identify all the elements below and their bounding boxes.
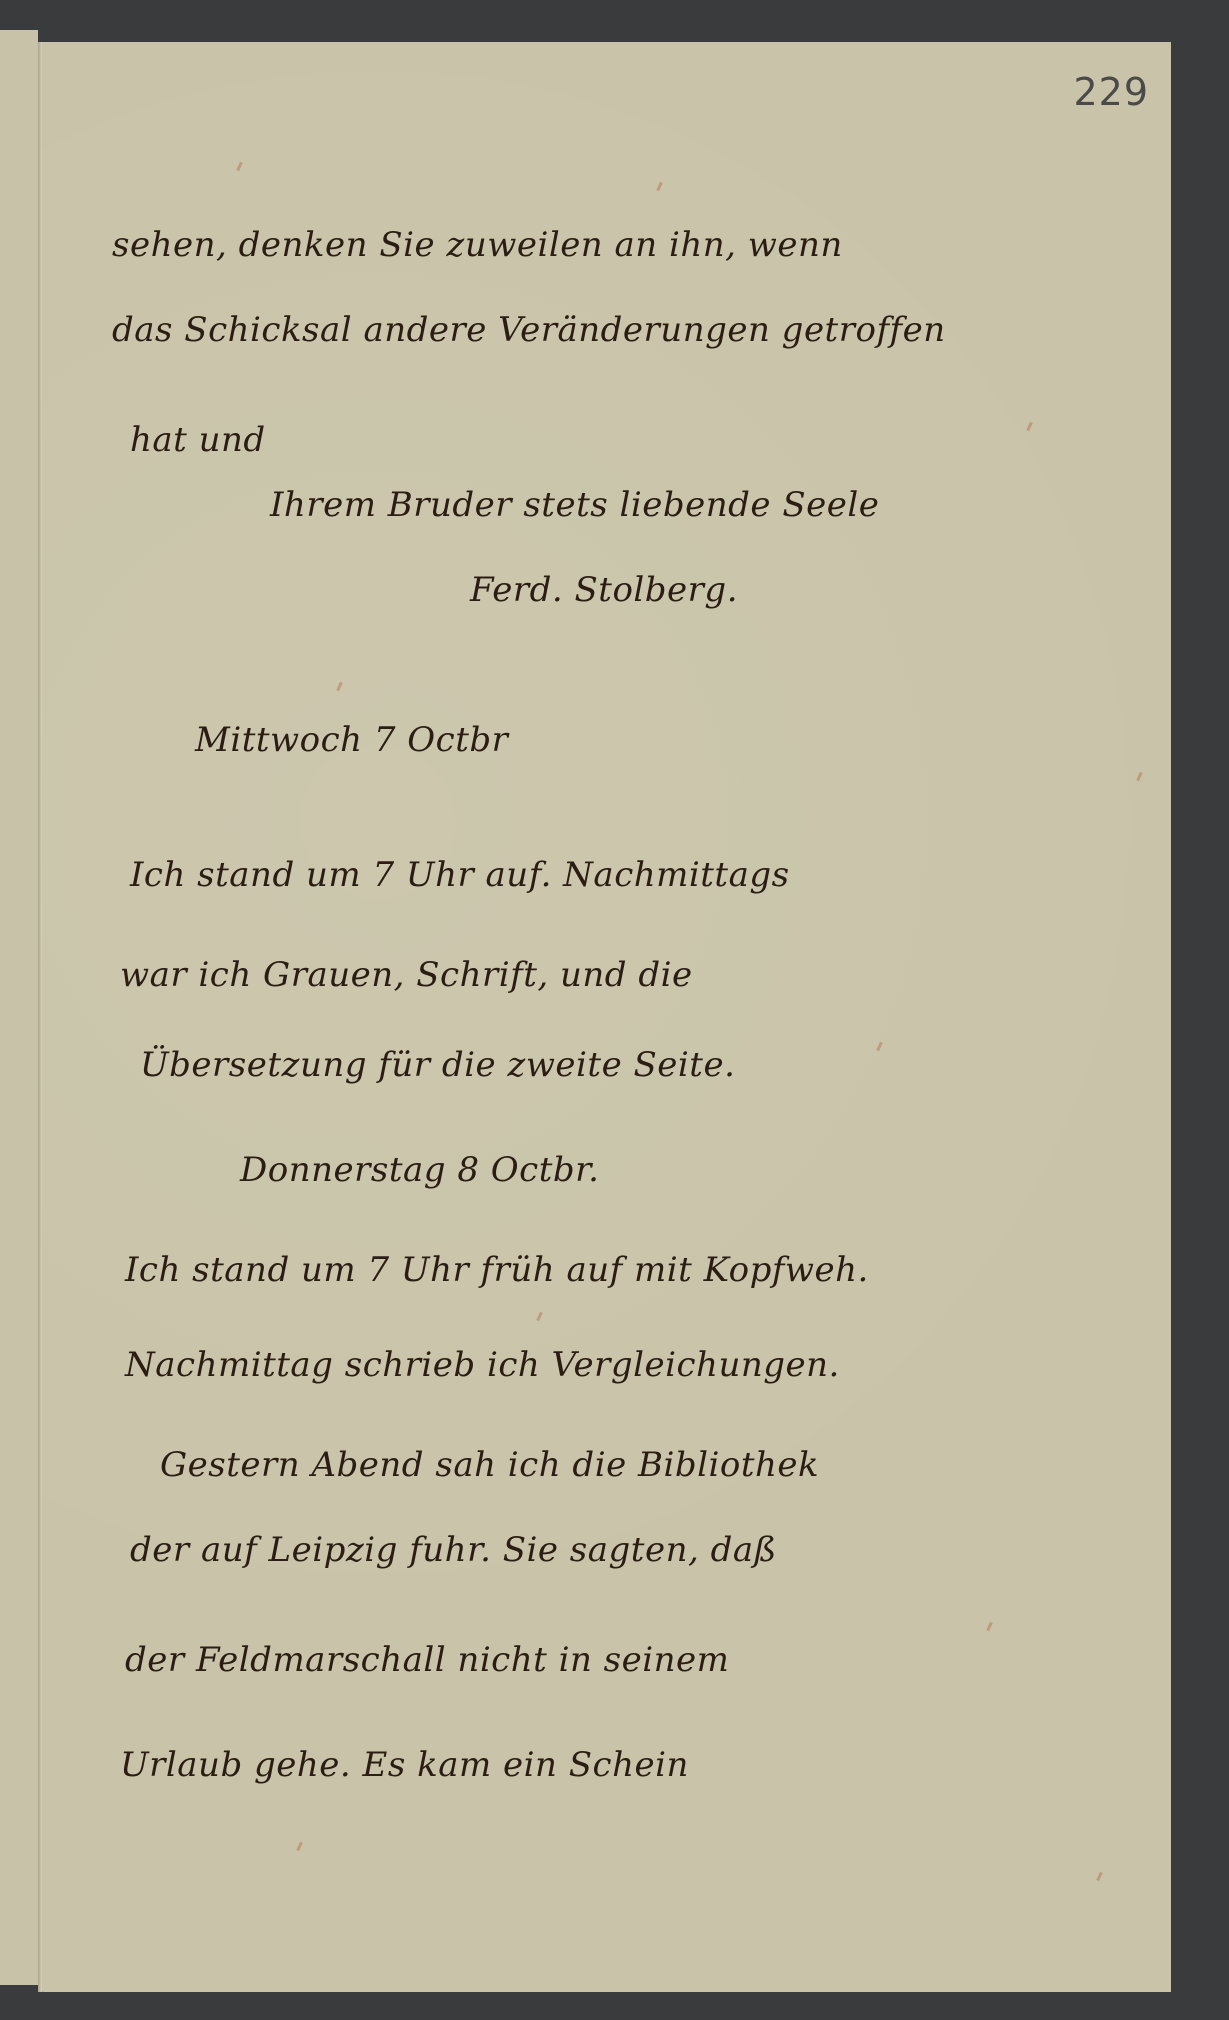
text-line: sehen, denken Sie zuweilen an ihn, wenn bbox=[112, 225, 843, 265]
text-line: der Feldmarschall nicht in seinem bbox=[125, 1640, 729, 1680]
text-line: der auf Leipzig fuhr. Sie sagten, daß bbox=[130, 1530, 777, 1570]
closing-line: Ihrem Bruder stets liebende Seele bbox=[270, 485, 879, 525]
date-heading: Donnerstag 8 Octbr. bbox=[240, 1150, 599, 1190]
facing-page-edge bbox=[0, 30, 38, 1985]
paper-fiber bbox=[1096, 1872, 1103, 1881]
text-line: das Schicksal andere Veränderungen getro… bbox=[112, 310, 946, 350]
text-line: Ich stand um 7 Uhr auf. Nachmittags bbox=[130, 855, 790, 895]
text-line: Gestern Abend sah ich die Bibliothek bbox=[160, 1445, 819, 1485]
text-line: Urlaub gehe. Es kam ein Schein bbox=[120, 1745, 689, 1785]
manuscript-page: 229 sehen, denken Sie zuweilen an ihn, w… bbox=[38, 42, 1171, 1992]
paper-fiber bbox=[986, 1622, 993, 1631]
paper-fiber bbox=[296, 1842, 303, 1851]
text-line: Übersetzung für die zweite Seite. bbox=[140, 1045, 735, 1085]
paper-fiber bbox=[236, 162, 243, 171]
text-line: Nachmittag schrieb ich Vergleichungen. bbox=[125, 1345, 840, 1385]
paper-fiber bbox=[536, 1312, 543, 1321]
date-heading: Mittwoch 7 Octbr bbox=[195, 720, 508, 760]
text-line: war ich Grauen, Schrift, und die bbox=[120, 955, 693, 995]
paper-fiber bbox=[876, 1042, 883, 1051]
paper-fiber bbox=[1136, 772, 1143, 781]
text-line: hat und bbox=[130, 420, 266, 460]
paper-fiber bbox=[336, 682, 343, 691]
paper-fiber bbox=[1026, 422, 1033, 431]
signature: Ferd. Stolberg. bbox=[470, 570, 738, 610]
paper-fiber bbox=[656, 182, 663, 191]
text-line: Ich stand um 7 Uhr früh auf mit Kopfweh. bbox=[125, 1250, 869, 1290]
binding-fold bbox=[38, 42, 42, 1992]
folio-number: 229 bbox=[1073, 70, 1149, 114]
